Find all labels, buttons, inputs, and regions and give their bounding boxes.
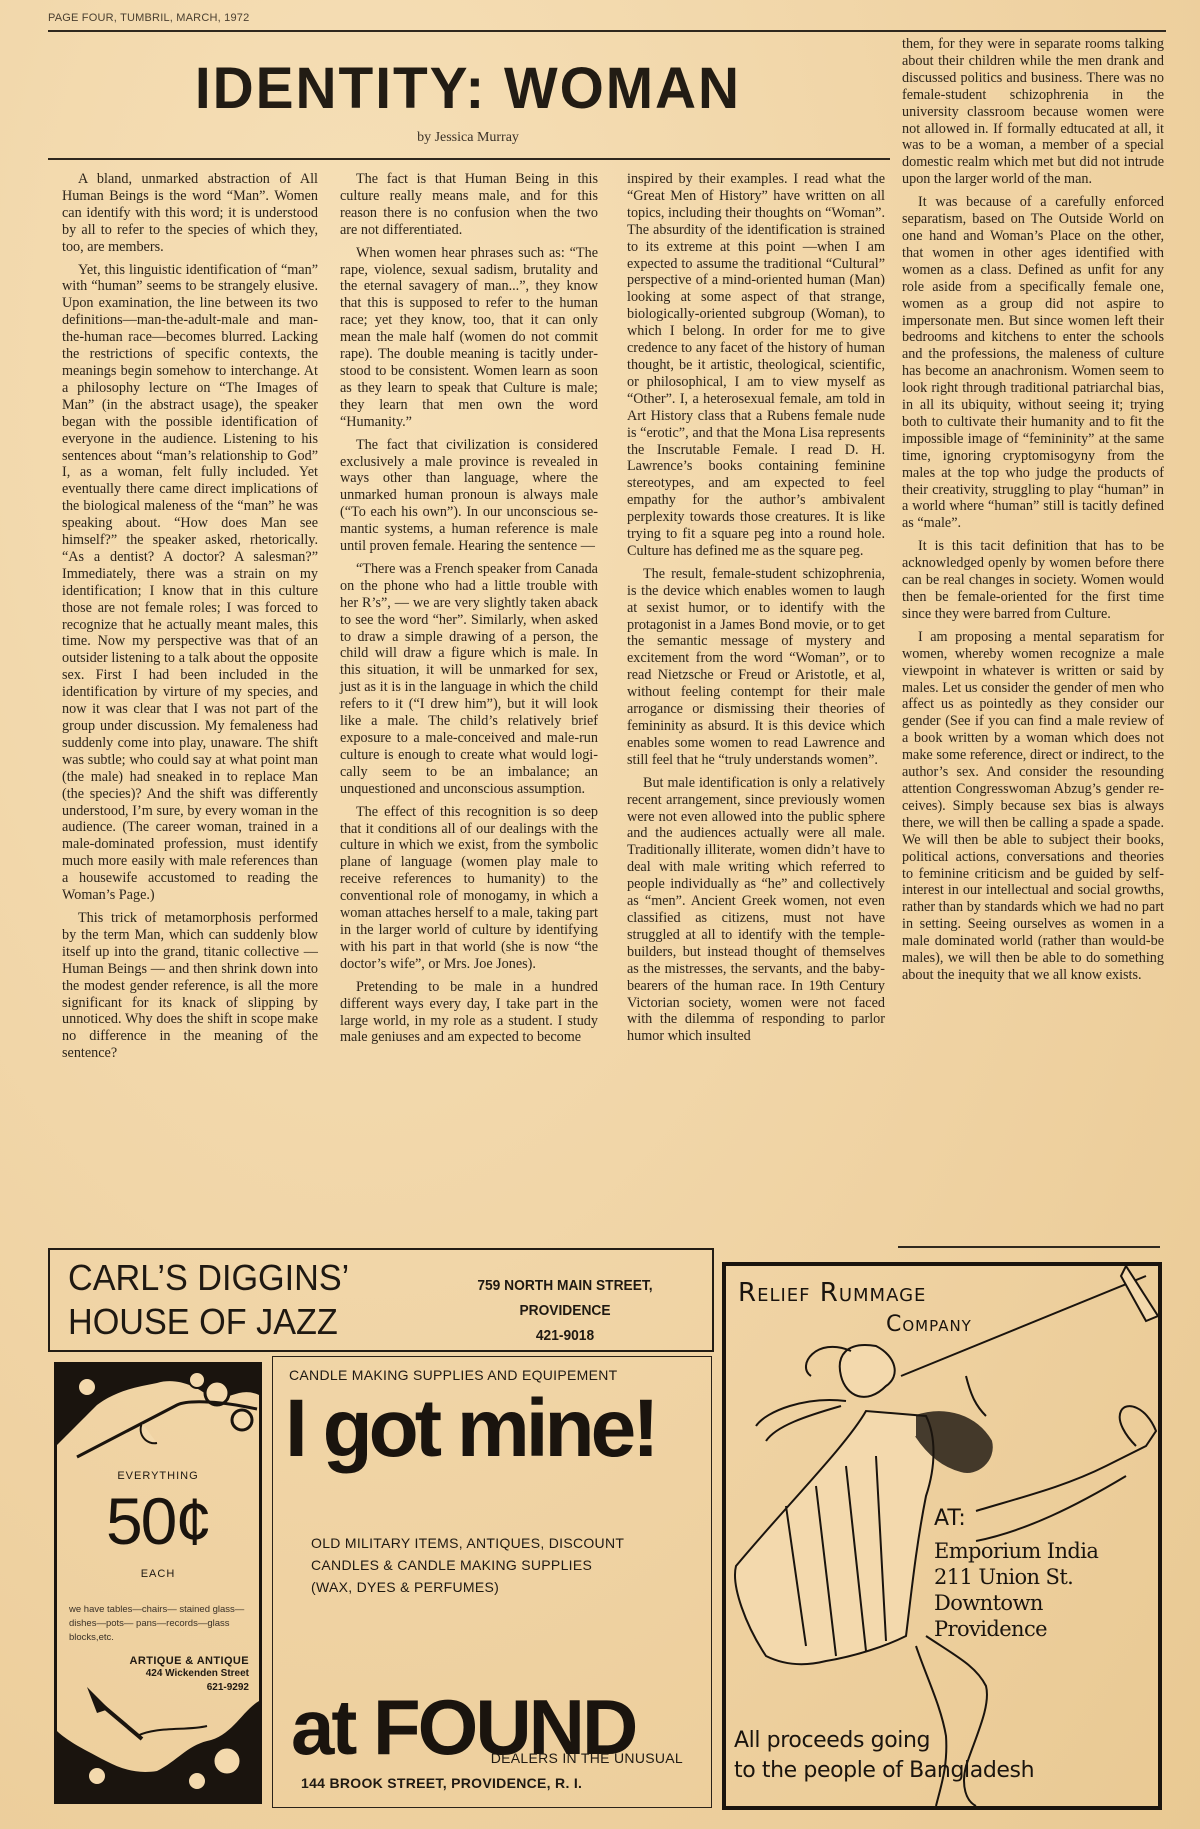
paragraph: When women hear phrases such as: “The ra… [340,245,598,431]
antique-price: 50¢ [57,1483,259,1559]
headline-bottom-rule [48,158,890,160]
article-byline: by Jessica Murray [48,130,888,146]
paragraph: It was because of a carefully en­forced … [902,194,1164,532]
paragraph: The effect of this recognition is so dee… [340,804,598,973]
ornate-hand-brush-illustration-icon [57,1681,259,1801]
relief-address: Emporium India 211 Union St. Downtown Pr… [934,1538,1158,1642]
quoted-paragraph: “There was a French speaker from Canada … [340,561,598,798]
ad-artique-antique: EVERYTHING 50¢ EACH we have tables—chair… [54,1362,262,1804]
paragraph: inspired by their examples. I read what … [627,171,885,560]
article-column-4: them, for they were in separate rooms ta… [902,36,1164,990]
found-items: OLD MILITARY ITEMS, ANTIQUES, DISCOUNT C… [311,1532,624,1598]
found-address: 144 BROOK STREET, PROVIDENCE, R. I. [301,1775,582,1791]
article-headline: IDENTITY: WOMAN [56,55,879,122]
paragraph: A bland, unmarked abstraction of All Hum… [62,171,318,256]
paragraph: The fact that civilization is con­sidere… [340,437,598,555]
ornate-hand-pen-illustration-icon [57,1365,259,1465]
ad-found: CANDLE MAKING SUPPLIES AND EQUIPEMENT I … [272,1356,712,1808]
article-column-3: inspired by their examples. I read what … [627,171,885,1051]
paragraph: But male identification is only a relati… [627,775,885,1046]
paragraph: The fact is that Human Being in this cul… [340,171,598,239]
antique-description: we have tables—chairs— stained glass—dis… [69,1603,249,1645]
article-column-2: The fact is that Human Being in this cul… [340,171,598,1052]
paragraph: I am proposing a mental separa­tism for … [902,629,1164,984]
page-folio: PAGE FOUR, TUMBRIL, MARCH, 1972 [48,12,249,24]
paragraph: This trick of metamorphosis per­formed b… [62,910,318,1062]
found-dealers: DEALERS IN THE UNUSUAL [491,1750,683,1766]
ad-relief-rummage: Relief Rummage Company AT: Emporium Indi… [722,1262,1162,1810]
jazz-ad-address: 759 NORTH MAIN STREET, PROVIDENCE 421-90… [456,1274,675,1349]
relief-company: Company [886,1312,972,1337]
paragraph: them, for they were in separate rooms ta… [902,36,1164,188]
ad-carls-diggins: CARL’S DIGGINS’ HOUSE OF JAZZ 759 NORTH … [48,1248,714,1352]
paragraph: It is this tacit definition that has to … [902,538,1164,623]
trumpeter-illustration-icon [726,1266,1158,1806]
paragraph: Pretending to be male in a hun­dred diff… [340,979,598,1047]
relief-title: Relief Rummage [738,1278,926,1308]
found-headline: I got mine! [285,1379,656,1479]
paragraph: The result, female-student schizo­phreni… [627,566,885,769]
paragraph: Yet, this linguistic identification of “… [62,262,318,904]
jazz-ad-name: CARL’S DIGGINS’ HOUSE OF JAZZ [68,1256,349,1344]
relief-proceeds: All proceeds going to the people of Bang… [734,1726,1034,1786]
article-column-1: A bland, unmarked abstraction of All Hum… [62,171,318,1068]
top-rule [48,30,1166,32]
article-bottom-rule [898,1246,1160,1248]
